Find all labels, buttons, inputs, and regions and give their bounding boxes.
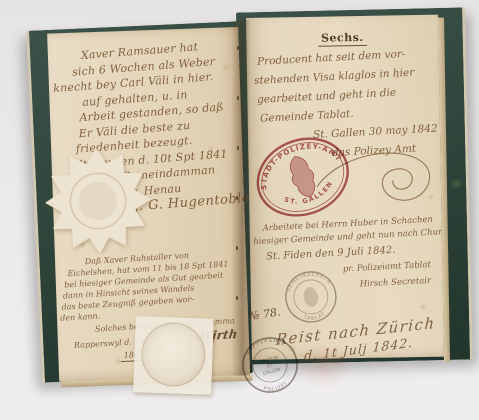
photo-stage: Xaver Ramsauer hat sich 6 Wochen als Web… <box>0 0 479 420</box>
page-number-header: Sechs. <box>318 31 367 47</box>
faded-red-stamp-ghost <box>295 341 353 389</box>
right-page: Sechs. Producent hat seit dem vor- stehe… <box>246 15 444 360</box>
entry-number: № 78. <box>248 305 281 323</box>
embossed-round-seal <box>131 314 216 397</box>
stamp-ring-bottom: POLIZEI <box>262 380 290 396</box>
embossed-star-seal <box>43 146 153 256</box>
signed-secretary: Hirsch Secretair <box>359 274 442 291</box>
left-page: Xaver Ramsauer hat sich 6 Wochen als Web… <box>47 27 250 381</box>
svg-text:POLIZEI: POLIZEI <box>262 380 290 396</box>
signed-authority: pr. Polizeiamt Tablat <box>343 258 442 276</box>
stamp-ring-top: RAPPERSWIL <box>243 334 287 357</box>
svg-text:RAPPERSWIL: RAPPERSWIL <box>243 334 287 357</box>
